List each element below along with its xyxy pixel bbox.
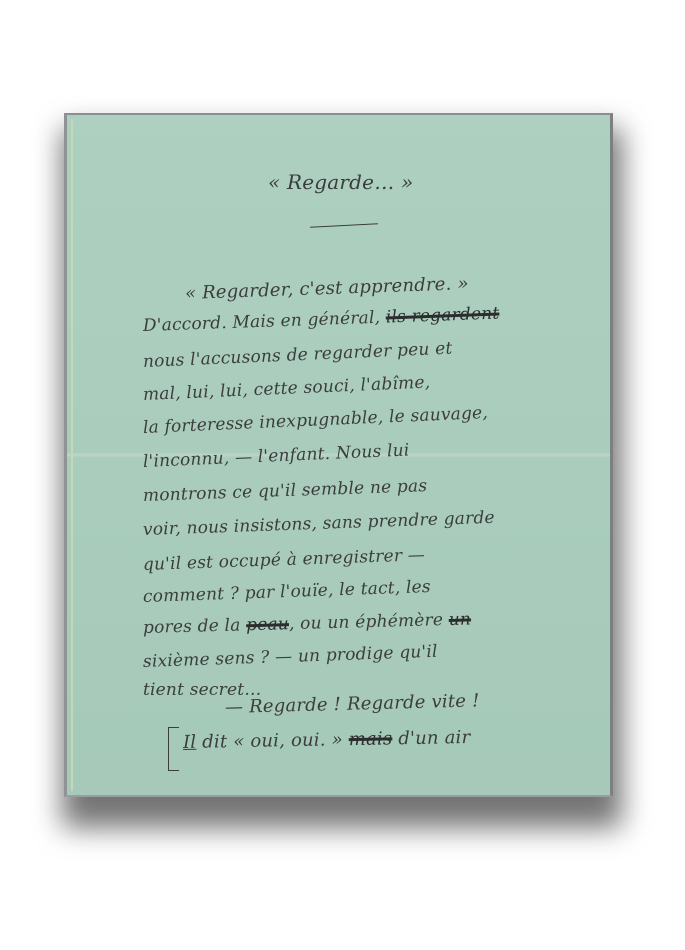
text-line-11-c: , ou un éphémère [289, 610, 444, 634]
text-line-11-a: pores de la [143, 615, 241, 638]
bracket-mark [168, 727, 179, 771]
page-title: « Regarde… » [268, 170, 413, 194]
struck-out-word: ils regardent [385, 304, 499, 328]
struck-out-word: peau [246, 614, 289, 635]
struck-out-word: un [448, 609, 471, 630]
underlined-word: Il [183, 732, 197, 753]
struck-out-word: mais [349, 728, 393, 750]
text-line-15-b: dit « oui, oui. » [196, 729, 343, 753]
text-line-15-d: d'un air [392, 727, 470, 749]
